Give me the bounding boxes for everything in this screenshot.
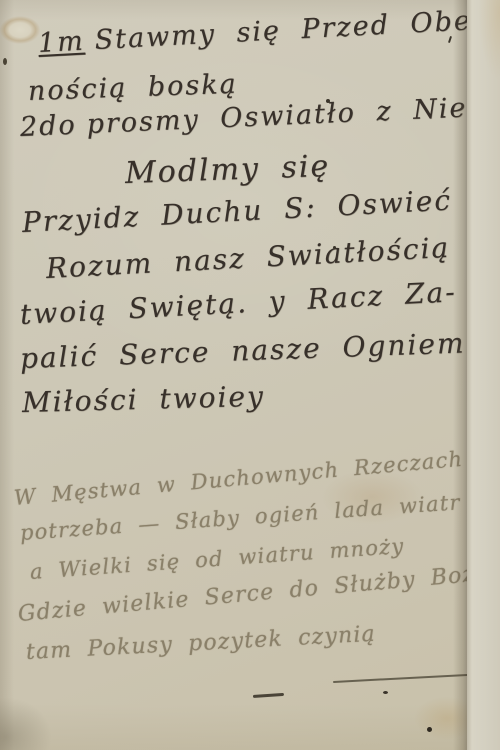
ink-dash — [253, 693, 284, 698]
note-line-5: tam Pokusy pozytek czynią — [25, 622, 376, 665]
prayer-body-line-4: palić Serce nasze Ogniem — [19, 326, 466, 375]
page-edge-strip — [467, 0, 500, 750]
ink-speck — [383, 691, 388, 694]
manuscript-line-2-text: nością boską — [27, 69, 238, 107]
manuscript-line-2: nością boską — [27, 69, 238, 107]
item-marker-primo: 1m — [37, 26, 85, 59]
prayer-body-line-3: twoią Swiętą. y Racz Za- — [19, 275, 457, 331]
prayer-body-line-2: Rozum nasz Swiatłością — [45, 231, 451, 285]
prayer-heading: Modlmy się — [124, 149, 330, 191]
ink-speck — [427, 727, 432, 732]
ink-speck — [448, 36, 452, 43]
prayer-body-line-5: Miłości twoiey — [22, 380, 266, 419]
manuscript-line-1: 1mStawmy się Przed Obec2 — [37, 4, 500, 59]
item-marker-secundo: 2do — [19, 110, 77, 143]
ink-speck — [3, 58, 7, 65]
page-fold-crease — [453, 0, 467, 750]
manuscript-page: 1mStawmy się Przed Obec2 nością boską 2d… — [0, 0, 500, 750]
ink-speck — [333, 246, 336, 249]
manuscript-line-1-text: Stawmy się Przed Obec — [94, 4, 490, 56]
prayer-body-line-1: Przyidz Duchu S: Oswieć — [21, 183, 453, 238]
ink-speck — [326, 99, 330, 103]
